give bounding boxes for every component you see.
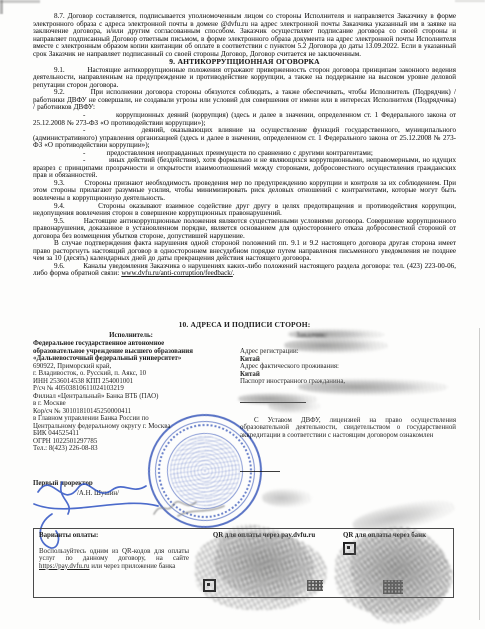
- scan-artifact: [479, 328, 480, 620]
- executor-bank-city: в г. Москве: [33, 400, 229, 408]
- clause-9-2: 9.2. При исполнении договора стороны обя…: [33, 89, 456, 112]
- executor-inn-kpp: ИНН 2536014538 КПП 254001001: [33, 378, 229, 386]
- clause-9-1: 9.1. Настоящие антикоррупционные положен…: [33, 67, 456, 90]
- contract-page: 8.7. Договор составляется, подписывается…: [0, 0, 485, 629]
- pay-dvfu-link[interactable]: https://pay.dvfu.ru: [39, 563, 89, 570]
- clause-9-6-period: .: [233, 269, 235, 277]
- customer-signature-line: [240, 402, 306, 403]
- redaction-passport-data: [238, 393, 318, 405]
- qr-pay-dvfu: QR для оплаты через pay.dvfu.ru: [197, 532, 331, 594]
- customer-reg-address-label: Адрес регистрации:: [240, 348, 456, 356]
- executor-account: Р/сч № 40503810611024103219: [33, 385, 229, 393]
- section-10-title: 10. АДРЕСА И ПОДПИСИ СТОРОН:: [33, 320, 456, 329]
- contract-body: 8.7. Договор составляется, подписывается…: [33, 13, 456, 319]
- payment-text: Воспользуйтесь одним из QR-кодов для опл…: [39, 548, 189, 571]
- qr-bank-label: QR для оплаты через банк: [343, 532, 448, 540]
- customer-fact-address-value: Китай: [240, 371, 456, 379]
- payment-options-box: Варианты оплаты: Воспользуйтесь одним из…: [33, 528, 454, 598]
- customer-column: Заказчик: Адрес регистрации: Китай Адрес…: [240, 331, 456, 498]
- pencil-scribble: [195, 532, 327, 610]
- anti-corruption-feedback-link[interactable]: www.dvfu.ru/anti-corruption/feedback/: [121, 269, 232, 277]
- clause-9-2-bullet-1: - коррупционных деяний (коррупция) (здес…: [33, 112, 456, 127]
- qr-code-fragment: [307, 580, 323, 591]
- executor-header: Исполнитель:: [33, 331, 229, 340]
- executor-address: 690922, Приморский край,: [33, 363, 229, 371]
- payment-text-pre: Воспользуйтесь одним из QR-кодов для опл…: [39, 548, 189, 563]
- redaction-signature: [262, 489, 312, 507]
- executor-bank: Филиал «Центральный» Банка ВТБ (ПАО): [33, 393, 229, 401]
- clause-9-4: 9.4. Стороны оказывают взаимное содейств…: [33, 203, 456, 218]
- executor-address: г. Владивосток, о. Русский, п. Аякс, 10: [33, 370, 229, 378]
- customer-fact-address-label: Адрес фактического проживания:: [240, 363, 456, 371]
- customer-header: Заказчик:: [296, 331, 456, 340]
- pencil-scribble: [208, 517, 322, 609]
- scan-artifact: [455, 0, 485, 2]
- clause-9-5-part2: В случае подтверждения факта нарушения о…: [33, 240, 456, 263]
- clause-9-6-text: 9.6. Каналы уведомления Заказчика о нару…: [33, 262, 456, 278]
- customer-passport-label: Паспорт иностранного гражданина,: [240, 378, 456, 386]
- qr-pay-dvfu-label: QR для оплаты через pay.dvfu.ru: [197, 532, 331, 540]
- payment-instructions: Варианты оплаты: Воспользуйтесь одним из…: [39, 532, 189, 594]
- qr-code-fragment: [383, 580, 403, 594]
- executor-org-name: Федеральное государственное автономное: [33, 340, 229, 348]
- clause-9-6: 9.6. Каналы уведомления Заказчика о нару…: [33, 263, 456, 278]
- qr-bank: QR для оплаты через банк: [339, 532, 448, 594]
- qr-code-fragment: [203, 579, 216, 592]
- clause-8-7: 8.7. Договор составляется, подписывается…: [33, 13, 456, 58]
- payment-title: Варианты оплаты:: [39, 532, 189, 540]
- qr-code-fragment: [343, 542, 356, 555]
- customer-acknowledgement: С Уставом ДВФУ, лицензией на право осуще…: [240, 417, 456, 440]
- executor-org-name: образовательное учреждение высшего образ…: [33, 348, 229, 356]
- customer-reg-address-value: Китай: [240, 356, 456, 364]
- scan-artifact: [0, 0, 40, 3]
- clause-9-2-bullet-2: - деяний, оказывающих влияние на осущест…: [33, 127, 456, 150]
- clause-9-2-bullet-4: - иных действий (бездействия), хотя форм…: [33, 157, 456, 180]
- clause-9-5: 9.5. Настоящие антикоррупционные положен…: [33, 218, 456, 241]
- payment-text-post: или через приложение банка: [89, 563, 175, 570]
- executor-org-name: «Дальневосточный федеральный университет…: [33, 355, 229, 363]
- clause-9-3: 9.3. Стороны признают необходимость пров…: [33, 180, 456, 203]
